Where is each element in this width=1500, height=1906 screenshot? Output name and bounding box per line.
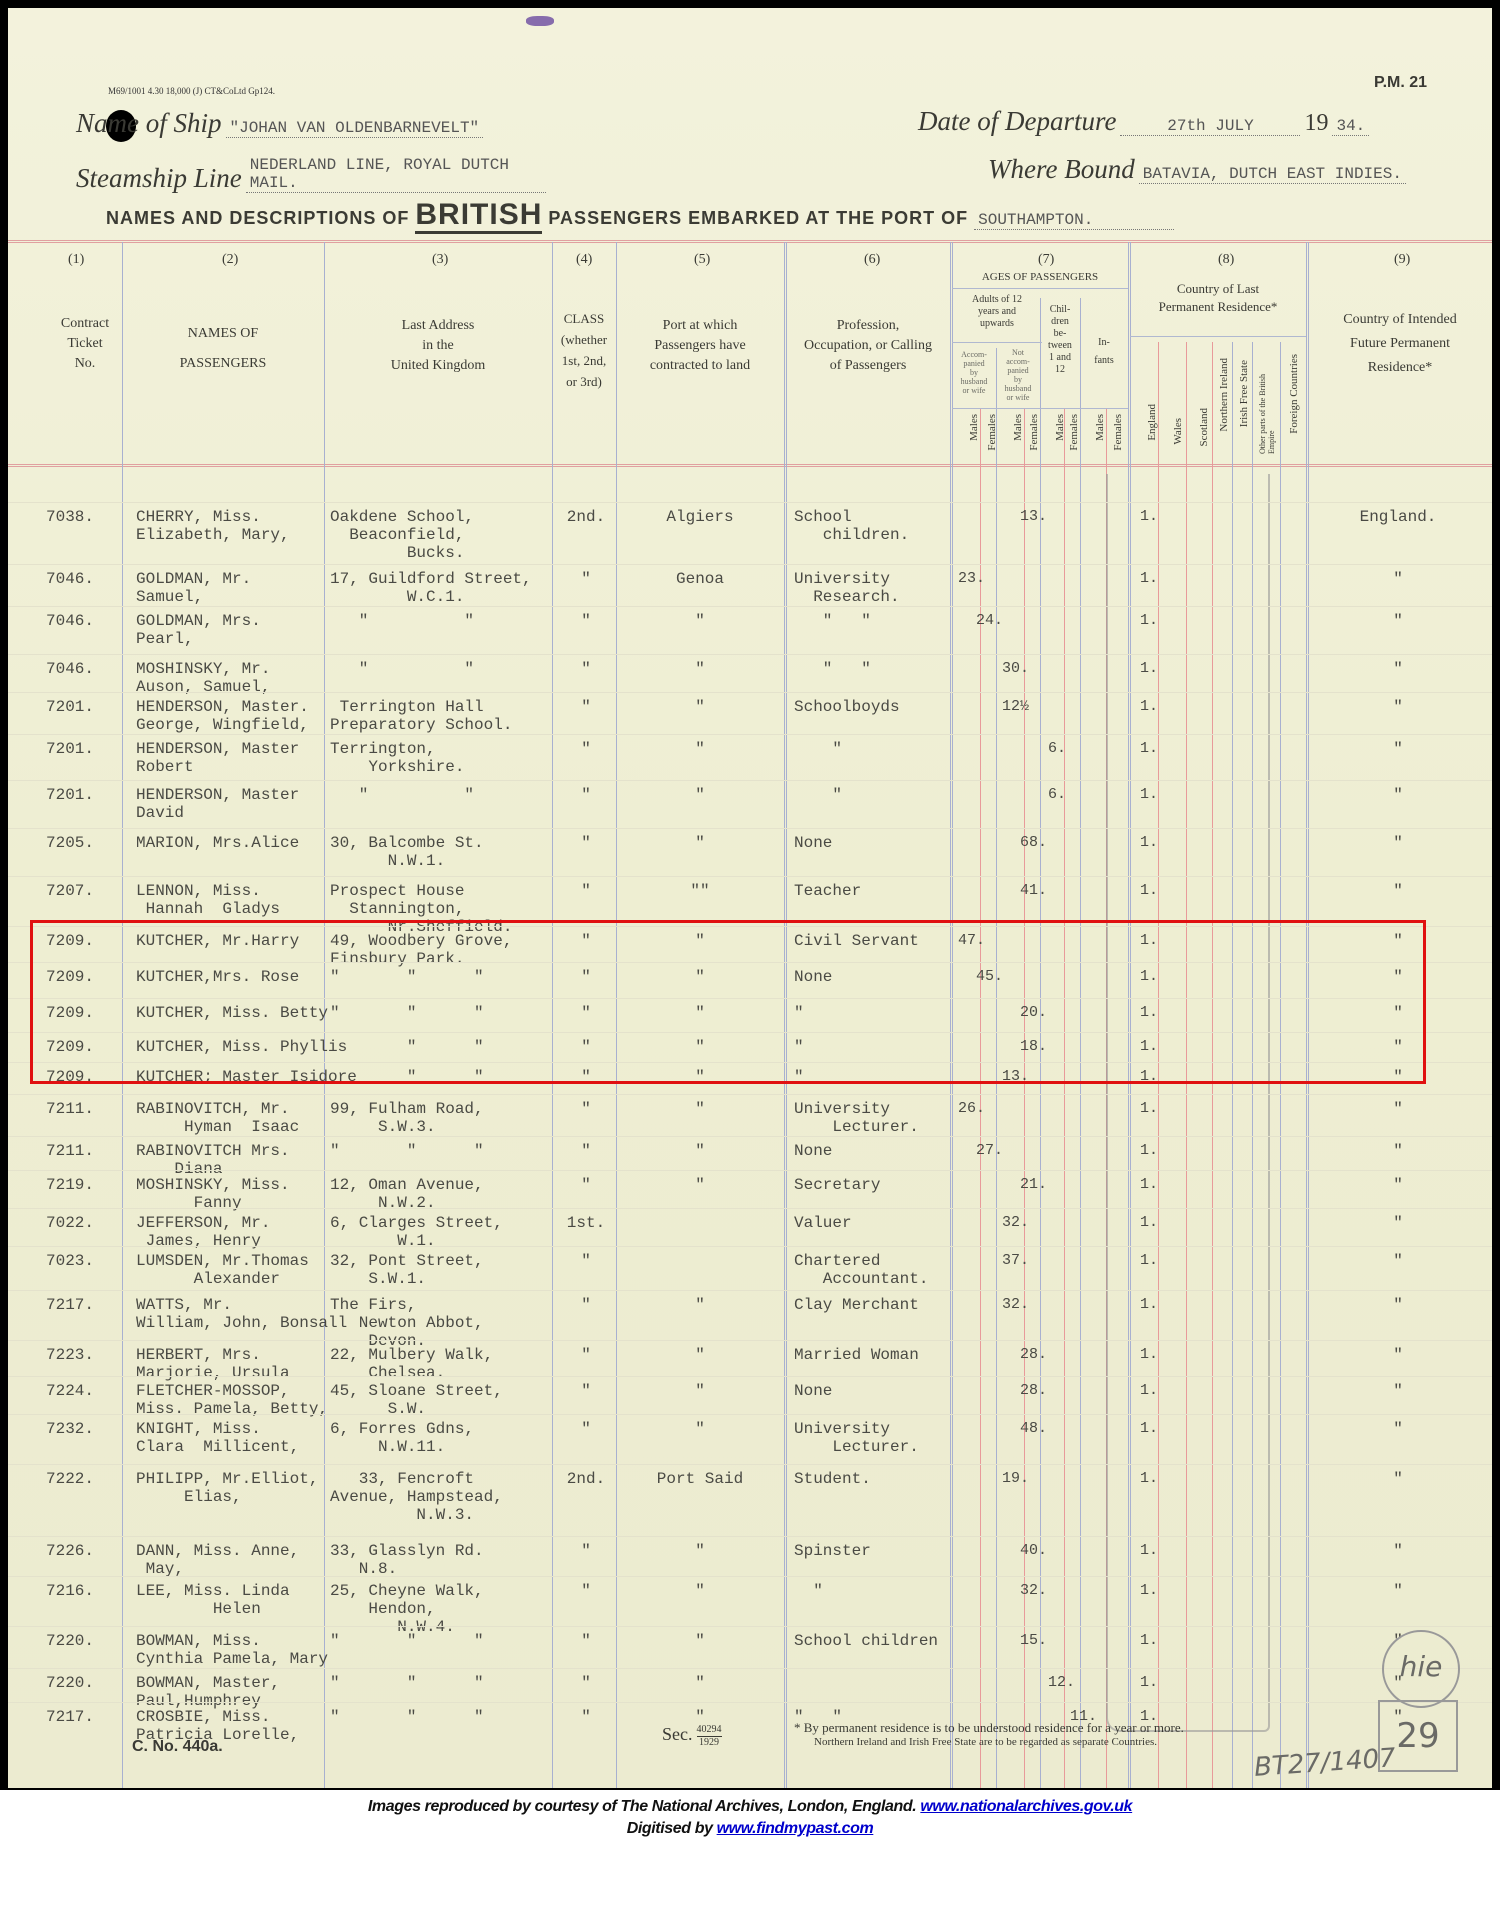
ticket-number: 7211. <box>46 1100 94 1118</box>
occupation: " " <box>794 612 871 630</box>
port-of-landing: " <box>622 660 778 678</box>
country-label: Northern Ireland <box>1218 358 1230 432</box>
row-divider <box>8 1340 1492 1341</box>
header-line: Permanent Residence* <box>1130 298 1306 316</box>
last-address: Oakdene School, Beaconfield, Bucks. <box>330 508 474 562</box>
col-occupation-header: Profession, Occupation, or Calling of Pa… <box>786 316 950 376</box>
ticket-number: 7046. <box>46 660 94 678</box>
row-divider <box>8 1576 1492 1577</box>
row-divider <box>8 502 1492 503</box>
age: 13. <box>1020 508 1047 526</box>
age: 21. <box>1020 1176 1047 1194</box>
occupation: " <box>794 786 842 804</box>
port-of-embarkation: SOUTHAMPTON. <box>974 211 1174 230</box>
departure-label: Date of Departure <box>918 106 1116 136</box>
last-address: Terrington Hall Preparatory School. <box>330 698 512 734</box>
header-line: Adults of 12 <box>952 294 1042 306</box>
ticket-number: 7216. <box>46 1582 94 1600</box>
ticket-number: 7220. <box>46 1632 94 1650</box>
ticket-number: 7232. <box>46 1420 94 1438</box>
age: 68. <box>1020 834 1047 852</box>
row-divider <box>8 876 1492 877</box>
age: 24. <box>976 612 1003 630</box>
occupation: None <box>794 1142 832 1160</box>
class: " <box>564 1708 608 1726</box>
age: 26. <box>958 1100 985 1118</box>
occupation: School children <box>794 1632 938 1650</box>
not-accompanied-header: Not accom- panied by husband or wife <box>996 348 1040 402</box>
country-england: 1. <box>1140 1100 1158 1118</box>
ticket-number: 7223. <box>46 1346 94 1364</box>
credit-line-1: Images reproduced by courtesy of The Nat… <box>0 1796 1500 1818</box>
future-residence: " <box>1312 1252 1484 1270</box>
class: " <box>564 786 608 804</box>
last-address: 17, Guildford Street, W.C.1. <box>330 570 532 606</box>
header-line: 1 and <box>1040 352 1080 364</box>
col-address-header: Last Address in the United Kingdom <box>324 316 552 376</box>
col-port-header: Port at which Passengers have contracted… <box>616 316 784 376</box>
class: 2nd. <box>564 1470 608 1488</box>
age: 15. <box>1020 1632 1047 1650</box>
pencil-circled-mark: hie <box>1382 1630 1460 1708</box>
row-divider <box>8 1536 1492 1537</box>
age: 12. <box>1048 1674 1075 1692</box>
header-line: CLASS <box>552 308 616 329</box>
header-line: Last Address <box>324 316 552 336</box>
future-residence: " <box>1312 882 1484 900</box>
age: 32. <box>1002 1214 1029 1232</box>
col-2-number: (2) <box>222 252 238 268</box>
country-label: Other parts of the British Empire <box>1258 364 1282 454</box>
col-5-number: (5) <box>694 252 710 268</box>
title-post: PASSENGERS EMBARKED AT THE PORT OF <box>548 208 968 228</box>
header-line: fants <box>1080 352 1128 370</box>
row-divider <box>8 1208 1492 1209</box>
col-6-number: (6) <box>864 252 880 268</box>
sec-denominator: 1929 <box>697 1737 722 1749</box>
header-line: or wife <box>996 393 1040 402</box>
passenger-name: BOWMAN, Miss. Cynthia Pamela, Mary <box>136 1632 328 1668</box>
class: " <box>564 1100 608 1118</box>
passenger-name: GOLDMAN, Mr. Samuel, <box>136 570 251 606</box>
future-residence: " <box>1312 1542 1484 1560</box>
line-label: Steamship Line <box>76 163 242 193</box>
occupation: Schoolboyds <box>794 698 900 716</box>
row-divider <box>8 1414 1492 1415</box>
header-line: Passengers have <box>616 336 784 356</box>
ticket-number: 7226. <box>46 1542 94 1560</box>
occupation: Clay Merchant <box>794 1296 919 1314</box>
country-england: 1. <box>1140 1582 1158 1600</box>
header-line: years and <box>952 306 1042 318</box>
ticket-number: 7217. <box>46 1708 94 1726</box>
year-suffix: 34. <box>1332 117 1369 136</box>
age: 6. <box>1048 786 1066 804</box>
ship-name-field: Name of Ship "JOHAN VAN OLDENBARNEVELT" <box>76 108 483 139</box>
port-of-landing: " <box>622 1542 778 1560</box>
future-residence: " <box>1312 1470 1484 1488</box>
age: 12½ <box>1002 698 1029 716</box>
header-line: Residence* <box>1308 356 1492 380</box>
class: " <box>564 1542 608 1560</box>
header-line: husband <box>996 384 1040 393</box>
passenger-manifest-page: M69/1001 4.30 18,000 (J) CT&CoLtd Gp124.… <box>8 8 1492 1788</box>
title-pre: NAMES AND DESCRIPTIONS OF <box>106 208 409 228</box>
last-address: " " " <box>330 1142 484 1160</box>
country-england: 1. <box>1140 1542 1158 1560</box>
ticket-number: 7222. <box>46 1470 94 1488</box>
sec-reference: Sec. 40294 1929 <box>662 1724 722 1749</box>
occupation: " <box>794 740 842 758</box>
future-residence: " <box>1312 1582 1484 1600</box>
passenger-name: HENDERSON, Master Robert <box>136 740 299 776</box>
image-credits: Images reproduced by courtesy of The Nat… <box>0 1790 1500 1906</box>
row-divider <box>8 1376 1492 1377</box>
passenger-name: FLETCHER-MOSSOP, Miss. Pamela, Betty, <box>136 1382 328 1418</box>
age: 27. <box>976 1142 1003 1160</box>
passenger-name: MOSHINSKY, Miss. Fanny <box>136 1176 290 1212</box>
header-line: dren <box>1040 316 1080 328</box>
age: 37. <box>1002 1252 1029 1270</box>
form-number: C. No. 440a. <box>132 1738 223 1756</box>
row-divider <box>8 692 1492 693</box>
last-address: 25, Cheyne Walk, Hendon, N.W.4. <box>330 1582 484 1636</box>
country-england: 1. <box>1140 612 1158 630</box>
port-of-landing: "" <box>622 882 778 900</box>
occupation: Spinster <box>794 1542 871 1560</box>
port-of-landing: " <box>622 612 778 630</box>
country-england: 1. <box>1140 1420 1158 1438</box>
last-address: 99, Fulham Road, S.W.3. <box>330 1100 484 1136</box>
last-address: 12, Oman Avenue, N.W.2. <box>330 1176 484 1212</box>
credit-text-2: Digitised by <box>627 1820 713 1837</box>
country-england: 1. <box>1140 1674 1158 1692</box>
passenger-name: GOLDMAN, Mrs. Pearl, <box>136 612 261 648</box>
header-line: upwards <box>952 318 1042 330</box>
port-of-landing: " <box>622 1632 778 1650</box>
bound-value: BATAVIA, DUTCH EAST INDIES. <box>1139 165 1406 184</box>
class: " <box>564 570 608 588</box>
sex-label: Females <box>1068 414 1080 451</box>
age: 40. <box>1020 1542 1047 1560</box>
header-line: Profession, <box>786 316 950 336</box>
port-of-landing: " <box>622 1582 778 1600</box>
port-of-landing: " <box>622 834 778 852</box>
ticket-number: 7038. <box>46 508 94 526</box>
country-england: 1. <box>1140 786 1158 804</box>
country-england: 1. <box>1140 740 1158 758</box>
country-england: 1. <box>1140 882 1158 900</box>
col-4-number: (4) <box>576 252 592 268</box>
header-line: 12 <box>1040 364 1080 376</box>
class: " <box>564 1582 608 1600</box>
class: " <box>564 1632 608 1650</box>
class: " <box>564 1346 608 1364</box>
row-divider <box>8 1170 1492 1171</box>
sex-label: Males <box>968 414 980 441</box>
sec-numerator: 40294 <box>697 1724 722 1737</box>
ticket-number: 7220. <box>46 1674 94 1692</box>
future-residence: " <box>1312 660 1484 678</box>
ticket-number: 7224. <box>46 1382 94 1400</box>
last-address: " " " <box>330 1674 484 1692</box>
row-divider <box>8 1668 1492 1669</box>
passenger-name: BOWMAN, Master, Paul,Humphrey <box>136 1674 280 1710</box>
country-label: Foreign Countries <box>1288 354 1300 434</box>
class: " <box>564 1142 608 1160</box>
country-england: 1. <box>1140 698 1158 716</box>
ticket-number: 7023. <box>46 1252 94 1270</box>
future-residence: " <box>1312 570 1484 588</box>
country-label: Irish Free State <box>1238 360 1250 427</box>
ticket-number: 7022. <box>46 1214 94 1232</box>
col-rule <box>1064 408 1065 1788</box>
header-line: Contract <box>48 314 122 334</box>
future-residence-header: Country of Intended Future Permanent Res… <box>1308 308 1492 380</box>
age: 28. <box>1020 1346 1047 1364</box>
header-line: Chil- <box>1040 304 1080 316</box>
age: 6. <box>1048 740 1066 758</box>
col-ticket-header: Contract Ticket No. <box>48 314 122 374</box>
ticket-number: 7219. <box>46 1176 94 1194</box>
occupation: Chartered Accountant. <box>794 1252 928 1288</box>
header-line: panied <box>996 366 1040 375</box>
future-residence: " <box>1312 1214 1484 1232</box>
header-line: Country of Intended <box>1308 308 1492 332</box>
credit-line-2: Digitised by www.findmypast.com <box>0 1818 1500 1840</box>
passenger-name: MOSHINSKY, Mr. Auson, Samuel, <box>136 660 270 696</box>
col-7-number: (7) <box>1038 252 1054 268</box>
country-england: 1. <box>1140 1346 1158 1364</box>
ticket-number: 7205. <box>46 834 94 852</box>
row-divider <box>8 734 1492 735</box>
port-of-landing: Port Said <box>622 1470 778 1488</box>
header-line: Accom- <box>952 350 996 359</box>
country-england: 1. <box>1140 1296 1158 1314</box>
last-address: 33, Glasslyn Rd. N.8. <box>330 1542 484 1578</box>
future-residence: " <box>1312 1346 1484 1364</box>
departure-date: 27th JULY <box>1120 117 1300 136</box>
last-address: " " " <box>330 1708 484 1726</box>
country-england: 1. <box>1140 1142 1158 1160</box>
passenger-name: LUMSDEN, Mr.Thomas Alexander <box>136 1252 309 1288</box>
sub-rule <box>952 408 1128 409</box>
header-line: husband <box>952 377 996 386</box>
country-england: 1. <box>1140 1470 1158 1488</box>
ship-name: "JOHAN VAN OLDENBARNEVELT" <box>226 119 484 138</box>
pencil-bracket <box>1106 474 1270 1732</box>
country-england: 1. <box>1140 1214 1158 1232</box>
ages-header: AGES OF PASSENGERS <box>952 270 1128 284</box>
ticket-number: 7046. <box>46 612 94 630</box>
header-line: accom- <box>996 357 1040 366</box>
sec-label: Sec. <box>662 1724 693 1744</box>
ticket-number: 7201. <box>46 740 94 758</box>
port-of-landing: " <box>622 740 778 758</box>
age: 30. <box>1002 660 1029 678</box>
class: " <box>564 1176 608 1194</box>
row-divider <box>8 780 1492 781</box>
country-england: 1. <box>1140 1176 1158 1194</box>
future-residence: " <box>1312 1296 1484 1314</box>
country-england: 1. <box>1140 508 1158 526</box>
occupation: University Research. <box>794 570 900 606</box>
ticket-number: 7217. <box>46 1296 94 1314</box>
sex-label: Females <box>1112 414 1124 451</box>
passenger-name: HENDERSON, Master David <box>136 786 299 822</box>
header-line: In- <box>1080 334 1128 352</box>
country-england: 1. <box>1140 570 1158 588</box>
age: 19. <box>1002 1470 1029 1488</box>
header-line: Future Permanent <box>1308 332 1492 356</box>
col-rule <box>1024 408 1025 1788</box>
port-of-landing: " <box>622 1420 778 1438</box>
sub-rule <box>952 288 1128 289</box>
country-england: 1. <box>1140 1632 1158 1650</box>
row-divider <box>8 1290 1492 1291</box>
future-residence: " <box>1312 740 1484 758</box>
occupation: Teacher <box>794 882 861 900</box>
row-divider <box>8 1136 1492 1137</box>
header-line: Country of Last <box>1130 280 1306 298</box>
future-residence: " <box>1312 698 1484 716</box>
port-of-landing: " <box>622 1176 778 1194</box>
occupation: Valuer <box>794 1214 852 1232</box>
highlight-kutcher-family <box>30 920 1426 1084</box>
age: 23. <box>958 570 985 588</box>
country-england: 1. <box>1140 1382 1158 1400</box>
header-bottom-rule <box>8 464 1492 467</box>
passenger-name: PHILIPP, Mr.Elliot, Elias, <box>136 1470 318 1506</box>
future-residence: " <box>1312 786 1484 804</box>
occupation: " " <box>794 660 871 678</box>
class: " <box>564 882 608 900</box>
age: 41. <box>1020 882 1047 900</box>
occupation: Secretary <box>794 1176 880 1194</box>
last-address: " " " <box>330 1632 484 1650</box>
passenger-name: HENDERSON, Master. George, Wingfield, <box>136 698 309 734</box>
table-top-rule <box>8 240 1492 243</box>
future-residence: " <box>1312 1176 1484 1194</box>
row-divider <box>8 1246 1492 1247</box>
last-address: 6, Forres Gdns, N.W.11. <box>330 1420 474 1456</box>
occupation: University Lecturer. <box>794 1420 919 1456</box>
class: 2nd. <box>564 508 608 526</box>
header-line: by <box>952 368 996 377</box>
row-divider <box>8 1702 1492 1703</box>
header-line: Port at which <box>616 316 784 336</box>
passenger-name: DANN, Miss. Anne, May, <box>136 1542 299 1578</box>
sex-label: Males <box>1054 414 1066 441</box>
future-residence: " <box>1312 834 1484 852</box>
passenger-name: RABINOVITCH Mrs. Diana <box>136 1142 290 1178</box>
class: " <box>564 1382 608 1400</box>
ticket-number: 7211. <box>46 1142 94 1160</box>
header-line: Not <box>996 348 1040 357</box>
form-title: NAMES AND DESCRIPTIONS OF BRITISH PASSEN… <box>106 198 1174 232</box>
header-line: United Kingdom <box>324 356 552 376</box>
header-line: by <box>996 375 1040 384</box>
occupation: Student. <box>794 1470 871 1488</box>
infants-header: In- fants <box>1080 334 1128 370</box>
passenger-name: KNIGHT, Miss. Clara Millicent, <box>136 1420 299 1456</box>
passenger-name: LEE, Miss. Linda Helen <box>136 1582 290 1618</box>
sex-label: Females <box>1028 414 1040 451</box>
occupation: " <box>794 1582 823 1600</box>
departure-field: Date of Departure 27th JULY 19 34. <box>918 106 1369 137</box>
class: " <box>564 1420 608 1438</box>
port-of-landing: " <box>622 786 778 804</box>
header-line: NAMES OF <box>122 324 324 344</box>
passenger-name: JEFFERSON, Mr. James, Henry <box>136 1214 270 1250</box>
ticket-number: 7201. <box>46 786 94 804</box>
row-divider <box>8 654 1492 655</box>
port-of-landing: " <box>622 1346 778 1364</box>
national-archives-link[interactable]: www.nationalarchives.gov.uk <box>920 1798 1132 1815</box>
class: " <box>564 834 608 852</box>
country-england: 1. <box>1140 834 1158 852</box>
header-line: Occupation, or Calling <box>786 336 950 356</box>
ticket-number: 7207. <box>46 882 94 900</box>
occupation: None <box>794 1382 832 1400</box>
last-address: Terrington, Yorkshire. <box>330 740 464 776</box>
title-british: BRITISH <box>415 198 542 234</box>
sex-label: Females <box>986 414 998 451</box>
col-8-number: (8) <box>1218 252 1234 268</box>
row-divider <box>8 606 1492 607</box>
header-line: be- <box>1040 328 1080 340</box>
sub-rule <box>1130 336 1306 337</box>
occupation: Married Woman <box>794 1346 919 1364</box>
passenger-name: MARION, Mrs.Alice <box>136 834 299 852</box>
port-of-landing: Genoa <box>622 570 778 588</box>
sex-label: Males <box>1094 414 1106 441</box>
header-line: or wife <box>952 386 996 395</box>
age: 48. <box>1020 1420 1047 1438</box>
children-header: Chil- dren be- tween 1 and 12 <box>1040 304 1080 376</box>
port-of-landing: " <box>622 1674 778 1692</box>
future-residence: " <box>1312 1100 1484 1118</box>
bound-label: Where Bound <box>988 154 1135 184</box>
age: 32. <box>1020 1582 1047 1600</box>
findmypast-link[interactable]: www.findmypast.com <box>717 1820 874 1837</box>
sex-label: Males <box>1012 414 1024 441</box>
header-line: PASSENGERS <box>122 354 324 374</box>
occupation: None <box>794 834 832 852</box>
line-name: NEDERLAND LINE, ROYAL DUTCH MAIL. <box>246 156 546 193</box>
country-england: 1. <box>1140 1252 1158 1270</box>
country-label: Wales <box>1172 418 1184 445</box>
header-line: in the <box>324 336 552 356</box>
header-line: 1st, 2nd, <box>552 350 616 371</box>
ticket-number: 7046. <box>46 570 94 588</box>
port-of-landing: " <box>622 1296 778 1314</box>
last-address: 32, Pont Street, S.W.1. <box>330 1252 484 1288</box>
class: " <box>564 1296 608 1314</box>
col-class-header: CLASS (whether 1st, 2nd, or 3rd) <box>552 308 616 392</box>
header-line: tween <box>1040 340 1080 352</box>
class: " <box>564 660 608 678</box>
class: " <box>564 612 608 630</box>
class: " <box>564 1674 608 1692</box>
country-england: 1. <box>1140 660 1158 678</box>
port-of-landing: " <box>622 1100 778 1118</box>
last-address: The Firs, Newton Abbot, Devon. <box>330 1296 484 1350</box>
country-label: England <box>1146 404 1158 441</box>
future-residence: " <box>1312 612 1484 630</box>
occupation: School children. <box>794 508 909 544</box>
adults-header: Adults of 12 years and upwards <box>952 294 1042 330</box>
